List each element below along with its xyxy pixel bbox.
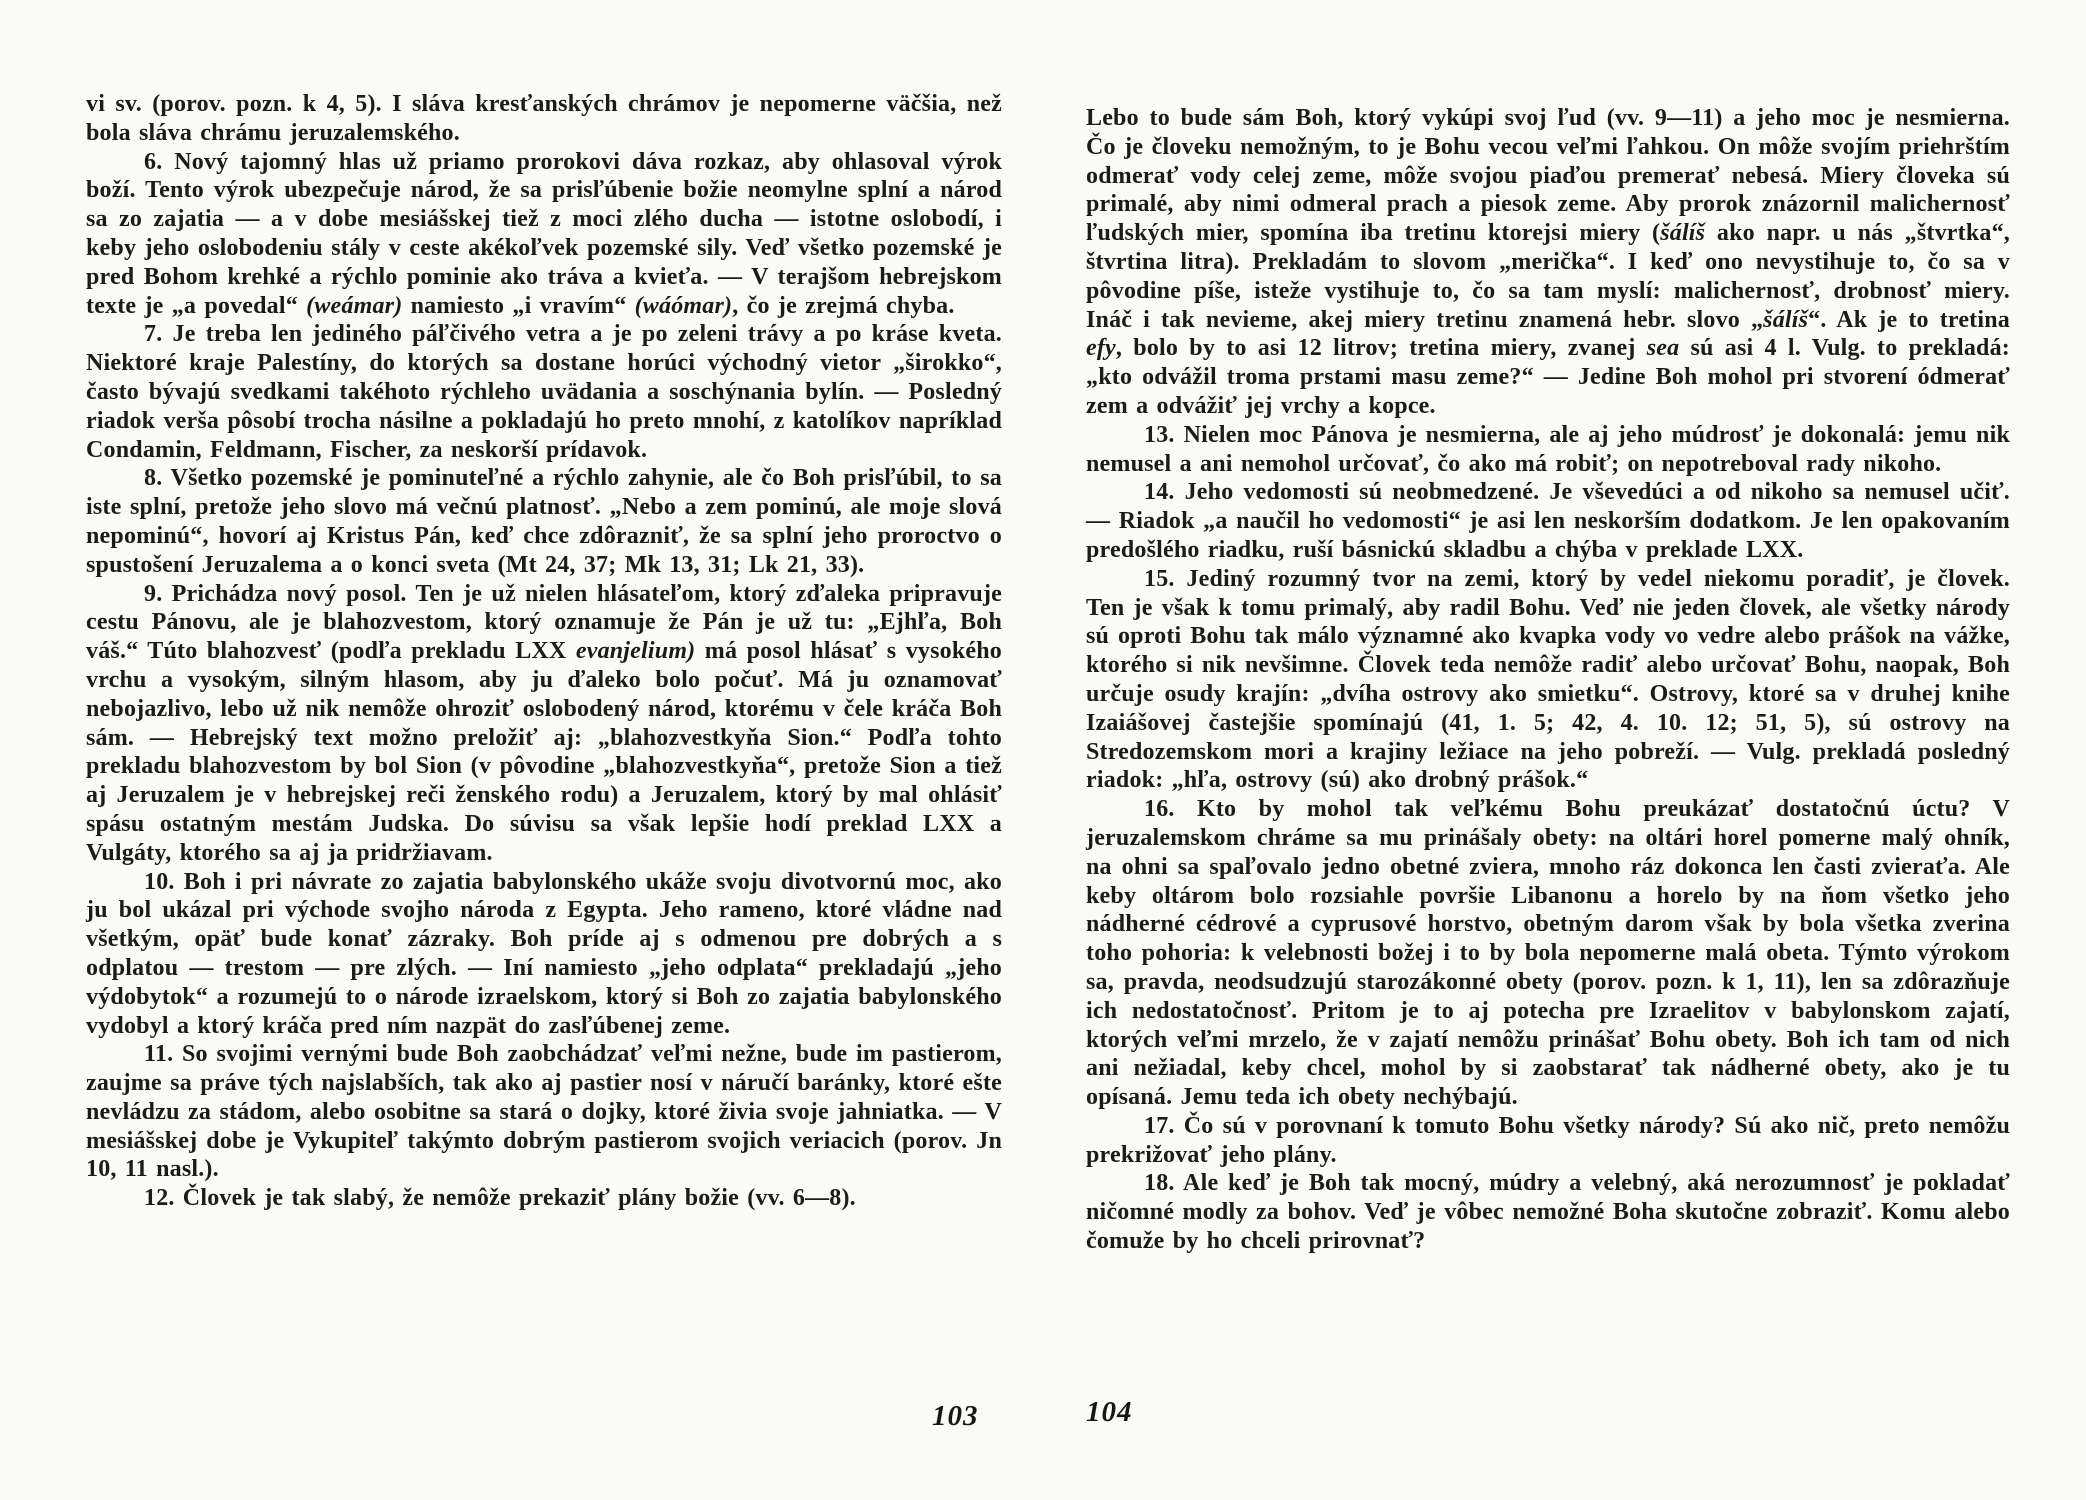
body-text: vi sv. (porov. pozn. k 4, 5). I sláva kr… [86, 91, 1002, 146]
paragraph: 14. Jeho vedomosti sú neobmedzené. Je vš… [1086, 478, 2010, 564]
body-text: má posol hlásať s vysokého vrchu a vysok… [86, 638, 1002, 866]
body-text: 12. Človek je tak slabý, že nemôže preka… [144, 1185, 856, 1211]
paragraph: 18. Ale keď je Boh tak mocný, múdry a ve… [1086, 1169, 2010, 1255]
paragraph: vi sv. (porov. pozn. k 4, 5). I sláva kr… [86, 90, 1002, 148]
body-text: 16. Kto by mohol tak veľkému Bohu preuká… [1086, 796, 2010, 1110]
italic-text: šálíš [1660, 220, 1705, 246]
paragraph: 13. Nielen moc Pánova je nesmierna, ale … [1086, 421, 2010, 479]
body-text: 10. Boh i pri návrate zo zajatia babylon… [86, 869, 1002, 1039]
italic-text: (weámar) [306, 293, 402, 319]
body-text: 17. Čo sú v porovnaní k tomuto Bohu všet… [1086, 1113, 2010, 1168]
body-text: 7. Je treba len jediného páľčivého vetra… [86, 321, 1002, 462]
page-right-text-block: Lebo to bude sám Boh, ktorý vykúpi svoj … [1086, 104, 2010, 1256]
paragraph: 17. Čo sú v porovnaní k tomuto Bohu všet… [1086, 1112, 2010, 1170]
body-text: 15. Jediný rozumný tvor na zemi, ktorý b… [1086, 566, 2010, 794]
page-number-right: 104 [1086, 1396, 1133, 1429]
italic-text: efy [1086, 335, 1116, 361]
body-text: 18. Ale keď je Boh tak mocný, múdry a ve… [1086, 1170, 2010, 1254]
paragraph: 16. Kto by mohol tak veľkému Bohu preuká… [1086, 795, 2010, 1112]
page-number-left: 103 [932, 1400, 979, 1433]
body-text: 8. Všetko pozemské je pominuteľné a rých… [86, 465, 1002, 577]
body-text: “. Ak je to tretina [1808, 307, 2010, 333]
paragraph: 6. Nový tajomný hlas už priamo prorokovi… [86, 148, 1002, 321]
italic-text: šálíš [1763, 307, 1808, 333]
paragraph: 12. Človek je tak slabý, že nemôže preka… [86, 1184, 1002, 1213]
paragraph: Lebo to bude sám Boh, ktorý vykúpi svoj … [1086, 104, 2010, 421]
paragraph: 9. Prichádza nový posol. Ten je už niele… [86, 580, 1002, 868]
body-text: namiesto „i vravím“ [402, 293, 634, 319]
paragraph: 15. Jediný rozumný tvor na zemi, ktorý b… [1086, 565, 2010, 795]
paragraph: 8. Všetko pozemské je pominuteľné a rých… [86, 464, 1002, 579]
body-text: 13. Nielen moc Pánova je nesmierna, ale … [1086, 422, 2010, 477]
italic-text: sea [1647, 335, 1680, 361]
paragraph: 10. Boh i pri návrate zo zajatia babylon… [86, 868, 1002, 1041]
italic-text: evanjelium) [576, 638, 696, 664]
book-scan: vi sv. (porov. pozn. k 4, 5). I sláva kr… [0, 0, 2086, 1500]
body-text: 14. Jeho vedomosti sú neobmedzené. Je vš… [1086, 479, 2010, 563]
page-left-text-block: vi sv. (porov. pozn. k 4, 5). I sláva kr… [86, 90, 1002, 1213]
body-text: , čo je zrejmá chyba. [732, 293, 954, 319]
body-text: , bolo by to asi 12 litrov; tretina mier… [1116, 335, 1647, 361]
paragraph: 11. So svojimi vernými bude Boh zaobchád… [86, 1040, 1002, 1184]
body-text: 11. So svojimi vernými bude Boh zaobchád… [86, 1041, 1002, 1182]
paragraph: 7. Je treba len jediného páľčivého vetra… [86, 320, 1002, 464]
italic-text: (wáómar) [635, 293, 733, 319]
